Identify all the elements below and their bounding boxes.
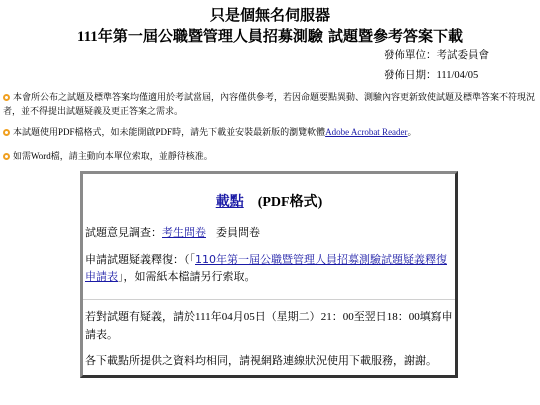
deadline-text: 00 [343,311,354,323]
deadline-text: 若對試題有疑義，請於 [85,310,195,323]
survey-label: 試題意見調查： [85,226,162,239]
deadline-text: ： [398,310,409,323]
deadline-text: 18 [387,311,398,323]
committee-survey: 委員問卷 [216,226,260,239]
download-box: 載點(PDF格式) 試題意見調查：考生問卷委員問卷 申請試題疑義釋復：（「110… [80,171,458,378]
notice-text: 檔格式，如未能開啟 [75,128,156,138]
notice-item: 如需Word檔，請主動向本單位索取，並靜待核准。 [3,149,537,164]
appeal-suffix: 」，如需紙本檔請另行索取。 [118,270,256,283]
publish-unit: 發佈單位：考試委員會 [384,47,489,63]
notice-item: 本試題使用PDF檔格式，如未能開啟PDF時，請先下載並安裝最新版的瀏覽軟體Ado… [3,125,537,140]
deadline-text: 00 [409,311,420,323]
notice-text: PDF [58,127,75,137]
survey-row: 試題意見調查：考生問卷委員問卷 [85,224,453,241]
notice-text: 本試題使用 [13,128,58,138]
deadline-text: 05 [244,311,255,323]
notice-text: 如需 [13,152,31,162]
publish-date-value: 111/04/05 [437,70,479,81]
exam-title-year: 111 [77,29,98,45]
deadline-text: 日（星期二） [255,310,321,323]
notice-text: 。 [408,128,417,138]
notice-text: 本會所公布之試題及標準答案均僅適用於考試當屆，內容僅供參考，若因命題要點異動、測… [3,93,535,117]
publish-unit-value: 考試委員會 [437,49,490,61]
publish-date: 發佈日期：111/04/05 [384,67,478,84]
deadline-text: 04 [222,311,233,323]
orange-bullet-icon [3,153,10,160]
notice-text: 時，請先下載並安裝最新版的瀏覽軟體 [172,128,325,138]
deadline-text: 111 [195,311,211,323]
publish-unit-label: 發佈單位： [384,49,437,61]
deadline-text: 至翌日 [354,310,387,323]
exam-title-text: 年第一屆公職暨管理人員招募測驗 試題暨參考答案下載 [98,27,463,45]
appeal-row: 申請試題疑義釋復：（「110年第一屆公職暨管理人員招募測驗試題疑義釋復申請表」，… [85,251,453,285]
examinee-survey-link[interactable]: 考生問卷 [162,226,206,239]
notice-text: Word [31,151,51,161]
adobe-reader-link[interactable]: Adobe Acrobat Reader [325,127,407,137]
publish-date-label: 發佈日期： [384,69,437,81]
notice-text: 檔，請主動向本單位索取，並靜待核准。 [51,152,213,162]
site-title: 只是個無名伺服器 [0,5,540,25]
page: 只是個無名伺服器 111年第一屆公職暨管理人員招募測驗 試題暨參考答案下載 發佈… [0,0,540,405]
appeal-prefix: 申請試題疑義釋復：（「 [85,253,195,266]
notice-item: 本會所公布之試題及標準答案均僅適用於考試當屆，內容僅供參考，若因命題要點異動、測… [3,91,537,119]
footer-note: 各下載點所提供之資料均相同，請視網路連線狀況使用下載服務，謝謝。 [85,352,453,369]
divider [83,299,455,300]
deadline-row: 若對試題有疑義，請於111年04月05日（星期二）21：00至翌日18：00填寫… [85,308,453,343]
orange-bullet-icon [3,94,10,101]
format-label: (PDF格式) [258,195,323,210]
deadline-text: 21 [321,311,332,323]
notice-text: PDF [156,127,173,137]
deadline-text: ： [332,310,343,323]
exam-title: 111年第一屆公職暨管理人員招募測驗 試題暨參考答案下載 [0,26,540,47]
deadline-text: 年 [211,310,222,323]
download-header: 載點(PDF格式) [83,192,455,213]
orange-bullet-icon [3,129,10,136]
download-link[interactable]: 載點 [216,194,244,210]
deadline-text: 月 [233,310,244,323]
